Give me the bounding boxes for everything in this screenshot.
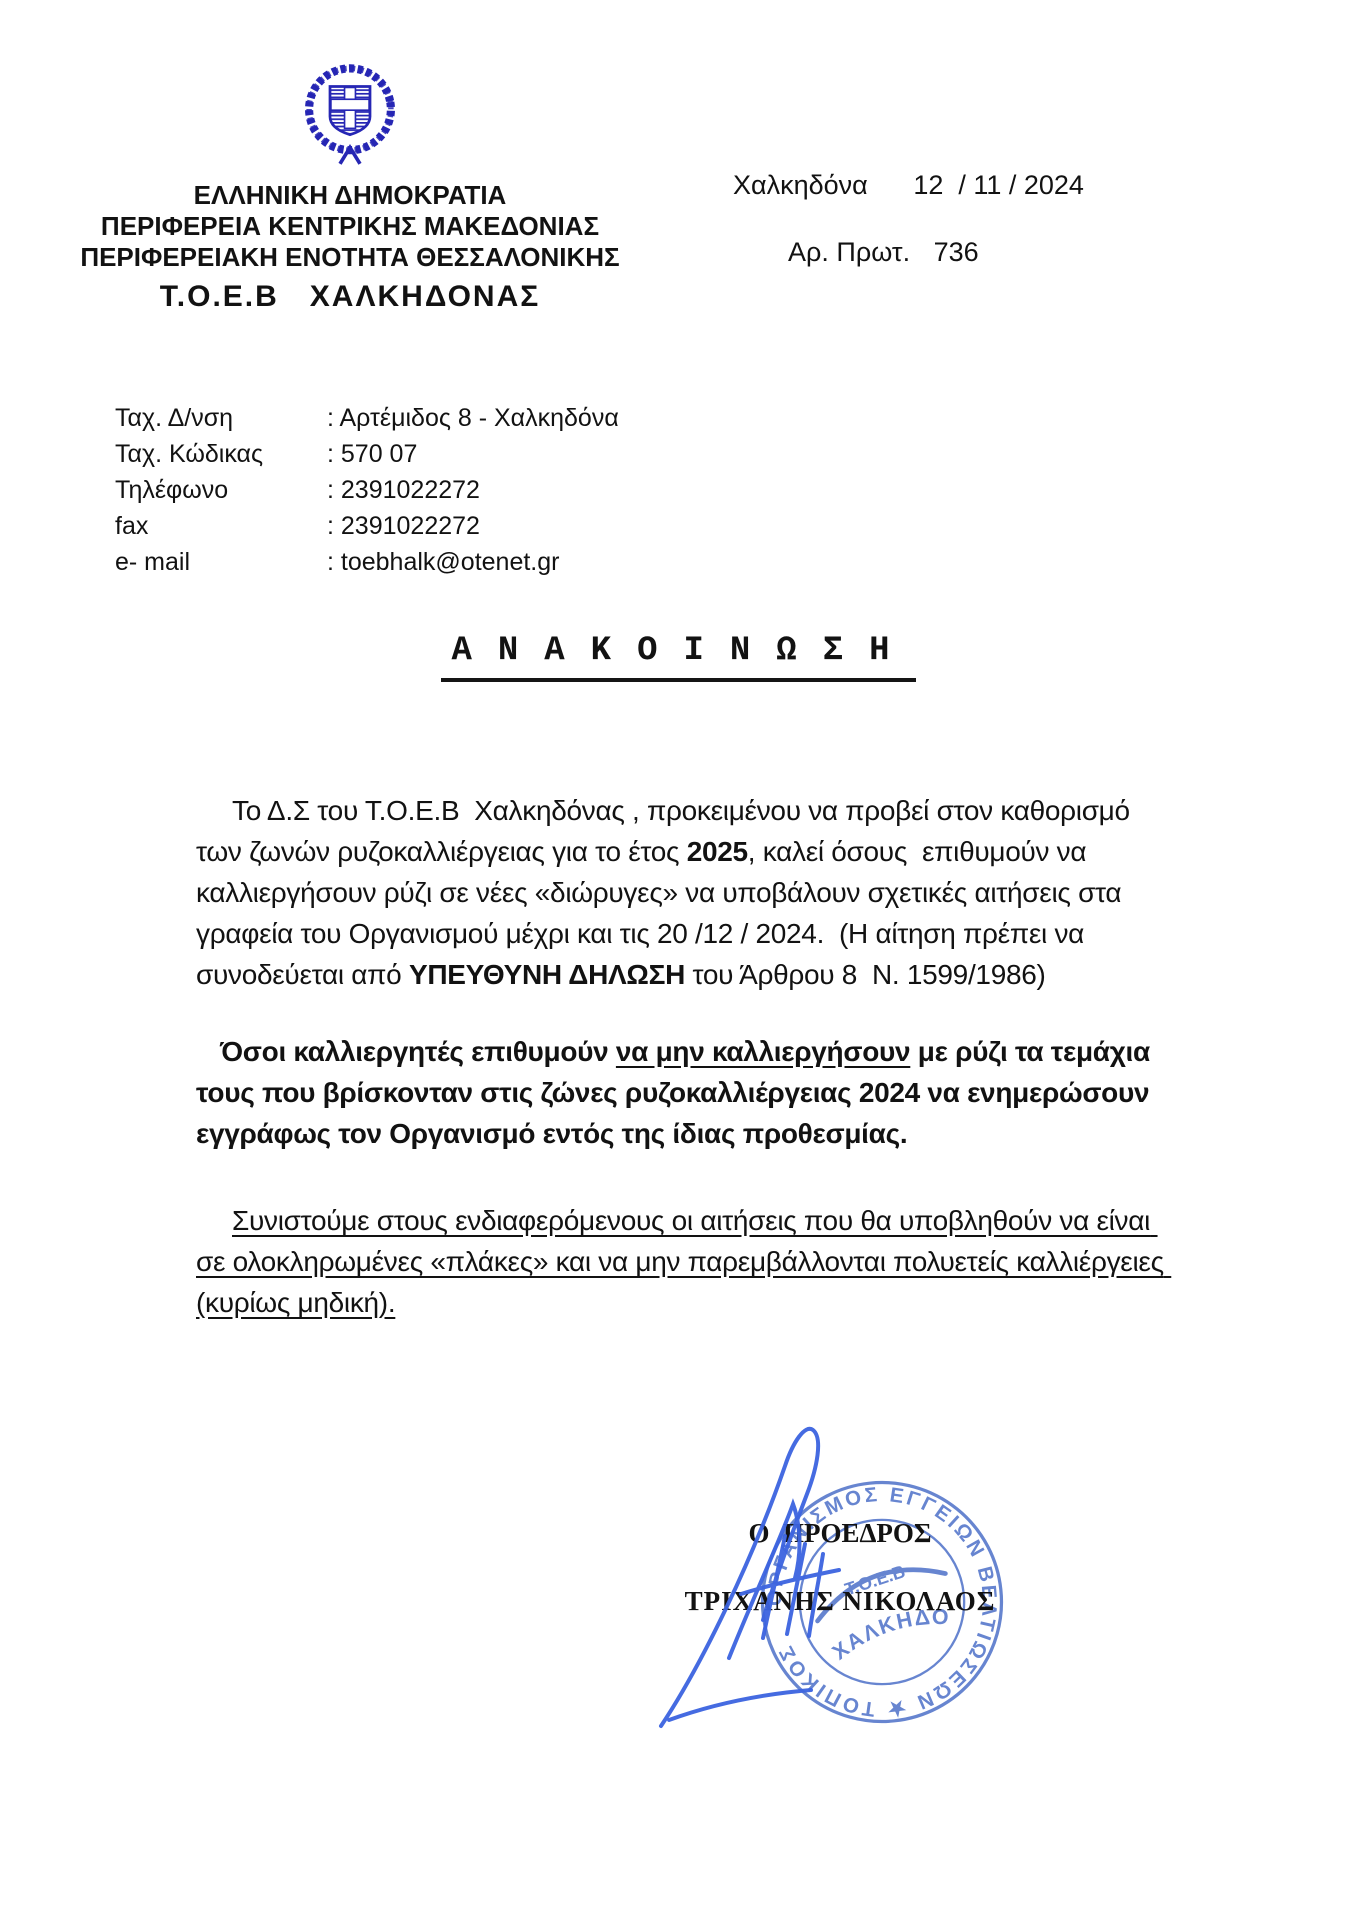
contact-label: Τηλέφωνο [115, 472, 327, 508]
contact-row-fax: fax : 2391022272 [115, 508, 675, 544]
letterhead-line-unit: ΠΕΡΙΦΕΡΕΙΑΚΗ ΕΝΟΤΗΤΑ ΘΕΣΣΑΛΟΝΙΚΗΣ [70, 242, 630, 273]
contact-row-email: e- mail : toebhalk@otenet.gr [115, 544, 675, 580]
paragraph-recommendation: Συνιστούμε στους ενδιαφερόμενους οι αιτή… [196, 1200, 1164, 1323]
date-protocol-block: Χαλκηδόνα 12 / 11 / 2024 Αρ. Πρωτ. 736 [733, 170, 1213, 268]
p2-text: Όσοι καλλιεργητές επιθυμούν [220, 1036, 616, 1067]
contact-value: : 570 07 [327, 436, 675, 472]
contact-value: : 2391022272 [327, 508, 675, 544]
handwritten-signature [628, 1408, 878, 1738]
contact-value: : 2391022272 [327, 472, 675, 508]
body-text: Το Δ.Σ του Τ.Ο.Ε.Β Χαλκηδόνας , προκειμέ… [196, 790, 1164, 1323]
contact-label: Ταχ. Κώδικας [115, 436, 327, 472]
letterhead: ΕΛΛΗΝΙΚΗ ΔΗΜΟΚΡΑΤΙΑ ΠΕΡΙΦΕΡΕΙΑ ΚΕΝΤΡΙΚΗΣ… [70, 56, 630, 315]
paragraph-announcement: Το Δ.Σ του Τ.Ο.Ε.Β Χαλκηδόνας , προκειμέ… [196, 790, 1164, 995]
p1-year-bold: 2025 [687, 836, 748, 867]
document-date: 12 / 11 / 2024 [913, 170, 1084, 200]
protocol-number: 736 [934, 237, 979, 267]
greek-national-emblem-icon [300, 56, 400, 168]
contact-value: : Αρτέμιδος 8 - Χαλκηδόνα [327, 400, 675, 436]
letterhead-line-region: ΠΕΡΙΦΕΡΕΙΑ ΚΕΝΤΡΙΚΗΣ ΜΑΚΕΔΟΝΙΑΣ [70, 211, 630, 242]
letterhead-line-republic: ΕΛΛΗΝΙΚΗ ΔΗΜΟΚΡΑΤΙΑ [70, 180, 630, 211]
organization-name: Τ.Ο.Ε.Β ΧΑΛΚΗΔΟΝΑΣ [70, 279, 630, 315]
document-page: ΕΛΛΗΝΙΚΗ ΔΗΜΟΚΡΑΤΙΑ ΠΕΡΙΦΕΡΕΙΑ ΚΕΝΤΡΙΚΗΣ… [0, 0, 1357, 1920]
p1-text: του Άρθρου 8 Ν. 1599/1986) [685, 959, 1046, 990]
contact-value: : toebhalk@otenet.gr [327, 544, 675, 580]
title-row: ΑΝΑΚΟΙΝΩΣΗ [0, 632, 1357, 682]
contact-block: Ταχ. Δ/νση : Αρτέμιδος 8 - Χαλκηδόνα Ταχ… [115, 400, 675, 580]
paragraph-opt-out: Όσοι καλλιεργητές επιθυμούν να μην καλλι… [196, 1031, 1164, 1154]
contact-row-postcode: Ταχ. Κώδικας : 570 07 [115, 436, 675, 472]
contact-row-phone: Τηλέφωνο : 2391022272 [115, 472, 675, 508]
p2-underlined: να μην καλλιεργήσουν [616, 1036, 910, 1067]
protocol-label: Αρ. Πρωτ. [788, 237, 910, 267]
contact-row-address: Ταχ. Δ/νση : Αρτέμιδος 8 - Χαλκηδόνα [115, 400, 675, 436]
contact-label: Ταχ. Δ/νση [115, 400, 327, 436]
place-label: Χαλκηδόνα [733, 170, 868, 200]
p1-declaration-bold: ΥΠΕΥΘΥΝΗ ΔΗΛΩΣΗ [409, 959, 685, 990]
contact-label: fax [115, 508, 327, 544]
contact-label: e- mail [115, 544, 327, 580]
document-title: ΑΝΑΚΟΙΝΩΣΗ [441, 632, 915, 682]
